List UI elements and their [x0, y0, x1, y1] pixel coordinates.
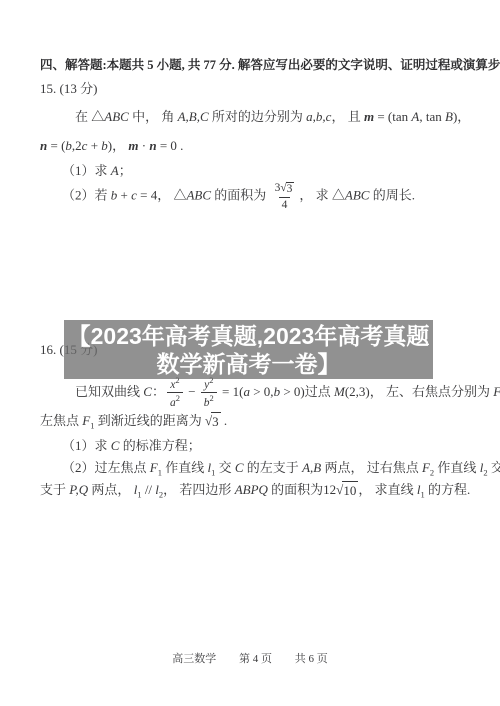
- footer-page-number: 第 4 页: [239, 653, 272, 665]
- radical: √3: [205, 412, 221, 431]
- q15-intro-line1: 在 △ABC 中， 角 A,B,C 所对的边分别为 a,b,c， 且 m = (…: [75, 108, 470, 126]
- q16-intro-line1: 已知双曲线 C：x2a2 − y2b2 = 1(a > 0,b > 0)过点 M…: [75, 376, 500, 410]
- section-header: 四、解答题:本题共 5 小题, 共 77 分. 解答应写出必要的文字说明、证明过…: [40, 56, 500, 74]
- q15-part2: （2）若 b + c = 4， △ABC 的面积为 3√34， 求 △ABC 的…: [62, 182, 415, 211]
- watermark-line2: 数学新高考一卷】: [157, 350, 341, 378]
- q15-part1: （1）求 A；: [62, 162, 132, 180]
- q16-part2-line2: 支于 P,Q 两点， l1 // l2， 若四边形 ABPQ 的面积为12√10…: [40, 481, 470, 504]
- fraction: x2a2: [167, 376, 183, 410]
- exam-page: 四、解答题:本题共 5 小题, 共 77 分. 解答应写出必要的文字说明、证明过…: [0, 0, 500, 706]
- watermark-line1: 【2023年高考真题,2023年高考真题: [68, 322, 430, 350]
- page-footer: 高三数学 第 4 页 共 6 页: [0, 650, 500, 666]
- fraction: 3√34: [272, 182, 298, 211]
- q15-number: 15. (13 分): [40, 80, 97, 98]
- q15-intro-line2: n = (b,2c + b)， m · n = 0 .: [40, 137, 183, 155]
- footer-total-pages: 共 6 页: [295, 653, 328, 665]
- q16-part1: （1）求 C 的标准方程；: [62, 437, 201, 455]
- radical: √3: [280, 182, 294, 196]
- q16-intro-line2: 左焦点 F1 到渐近线的距离为 √3 .: [40, 412, 227, 435]
- watermark-overlay: 【2023年高考真题,2023年高考真题 数学新高考一卷】: [64, 320, 433, 379]
- fraction: y2b2: [201, 376, 217, 410]
- q16-part2-line1: （2）过左焦点 F1 作直线 l1 交 C 的左支于 A,B 两点， 过右焦点 …: [62, 459, 500, 482]
- radical: √10: [336, 481, 358, 500]
- footer-course: 高三数学: [172, 653, 216, 665]
